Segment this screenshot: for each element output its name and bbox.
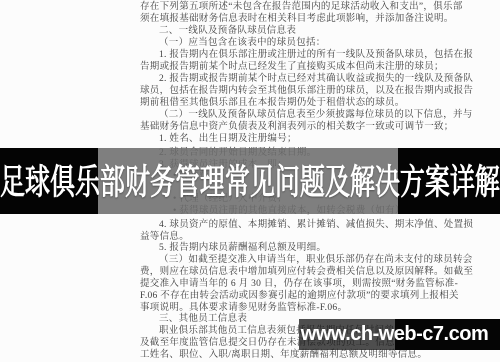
document-line: 5. 报告期内球员薪酬福利总额及明细。 [159,243,326,254]
document-heading: 三、其他员工信息表 [159,314,247,325]
banner-title: 足球俱乐部财务管理常见问题及解决方案详解 [0,165,500,201]
document-line: 提交准入申请当年的 6 月 30 日，仍存在该事项，则需按照“财务监管标准- [140,279,458,290]
document-line: 2. 报告期或报告期前某个时点已经对其确认收益或损失的一线队及预备队 [159,74,473,85]
document-line: 1. 报告期内在俱乐部注册或注册过的所有一线队及预备队球员，包括在报 [159,50,473,61]
document-line: 存在下列第五项所述“未包含在报告范围内的足球活动收入和支出”，俱乐部 [140,2,463,13]
document-line: F.06 不存在由转会活动或因参赛引起的逾期应付款项”的要求填列上报相关 [140,291,459,302]
document-line: 期前租借至其他俱乐部且在本报告期仍处于租借状态的球员。 [140,98,405,109]
document-line: （三）如截至提交准入申请当年，职业俱乐部仍存在尚未支付的球员转会 [159,255,473,266]
document-line: 须在填报基础财务信息表时在相关科目考虑此项影响，并添加备注说明。 [140,14,454,25]
document-line: 基础财务信息中资产负债表及利润表列示的相关数字一致或可调节一致； [140,122,454,133]
document-line: 球员，包括在报告期内转会至其他俱乐部注册的球员，以及在报告期内或报告 [140,86,473,97]
document-line: （一）应当包含在该表中的球员包括： [159,38,326,49]
document-line: 1. 姓名、出生日期及注册编号； [159,134,297,145]
document-line: 事项说明。具体要求请参见财务监管标准-F.06。 [140,303,347,314]
document-line: 告期或报告期前某个时点已经发生了直接购买成本但尚未注册的球员； [140,62,444,73]
document-line: （二）一线队及预备队球员信息表至少须披露每位球员的以下信息，并与 [159,110,473,121]
document-line: 益等信息。 [140,232,189,243]
watermark-url-text: www.ch-web-c7.com [299,319,500,350]
document-line: 工姓名、职位、入职/离职日期、年度薪酬福利总额及明细等信息。 [140,350,427,361]
document-line: 费，则应在球员信息表中增加填列应付转会费相关信息以及原因解释。如截至 [140,267,473,278]
document-line: 4. 球员资产的原值、本期摊销、累计摊销、减值损失、期末净值、处置损 [159,220,473,231]
title-banner: 足球俱乐部财务管理常见问题及解决方案详解 [0,148,500,214]
document-heading: 二、一线队及预备队球员信息表 [159,26,296,37]
watermark: www.ch-web-c7.com [299,319,500,350]
